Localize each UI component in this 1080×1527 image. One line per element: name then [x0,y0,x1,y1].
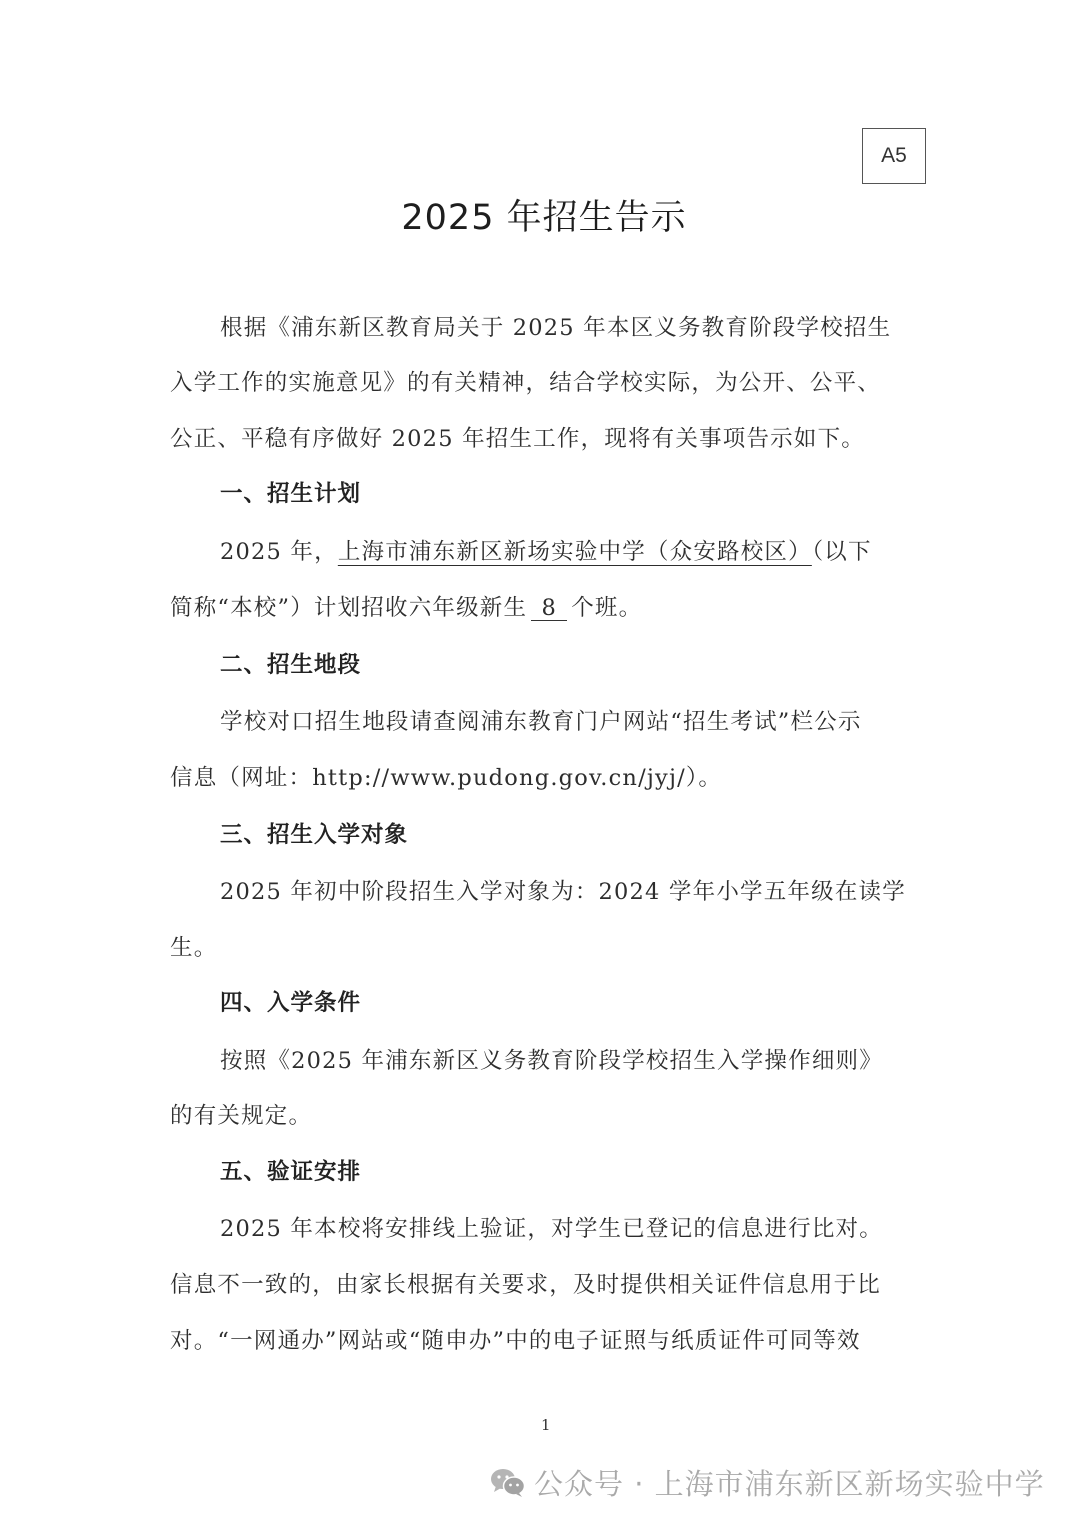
section-heading-2: 二、招生地段 [220,650,361,680]
document-page: A5 2025 年招生告示 根据《浦东新区教育局关于 2025 年本区义务教育阶… [0,0,1080,1527]
document-code-box: A5 [862,128,926,184]
page-number: 1 [541,1416,551,1434]
section-3-line-1: 2025 年初中阶段招生入学对象为：2024 学年小学五年级在读学 [220,877,906,907]
intro-line-3: 公正、平稳有序做好 2025 年招生工作，现将有关事项告示如下。 [170,424,865,454]
section-heading-5: 五、验证安排 [220,1157,361,1187]
section-5-line-1: 2025 年本校将安排线上验证，对学生已登记的信息进行比对。 [220,1214,883,1244]
section-heading-4: 四、入学条件 [220,988,361,1018]
section-5-line-2: 信息不一致的，由家长根据有关要求，及时提供相关证件信息用于比 [170,1270,881,1300]
section-2-line-1: 学校对口招生地段请查阅浦东教育门户网站“招生考试”栏公示 [220,707,862,737]
school-name: 上海市浦东新区新场实验中学（众安路校区） [338,539,812,565]
section-heading-3: 三、招生入学对象 [220,820,408,850]
class-count: 8 [531,596,567,621]
watermark-text: 公众号 · 上海市浦东新区新场实验中学 [534,1462,1045,1503]
section-1-plan-text: 简称“本校”）计划招收六年级新生 [170,595,527,621]
section-1-plan-suffix: 个班。 [571,595,642,621]
section-4-line-2: 的有关规定。 [170,1101,312,1131]
document-code: A5 [881,144,907,168]
section-heading-1: 一、招生计划 [220,479,361,509]
section-3-line-2: 生。 [170,933,217,963]
section-1-line-1: 2025 年，上海市浦东新区新场实验中学（众安路校区）（以下 [220,537,872,567]
section-2-line-2: 信息（网址：http://www.pudong.gov.cn/jyj/）。 [170,763,722,793]
wechat-watermark: 公众号 · 上海市浦东新区新场实验中学 [490,1462,1045,1503]
section-1-year: 2025 年， [220,539,338,565]
section-1-line-2: 简称“本校”）计划招收六年级新生8个班。 [170,593,642,623]
section-1-suffix: （以下 [812,539,872,565]
wechat-icon [490,1468,526,1498]
intro-line-1: 根据《浦东新区教育局关于 2025 年本区义务教育阶段学校招生 [220,313,891,343]
intro-line-2: 入学工作的实施意见》的有关精神，结合学校实际，为公开、公平、 [170,368,881,398]
document-title: 2025 年招生告示 [0,190,1080,240]
section-5-line-3: 对。“一网通办”网站或“随申办”中的电子证照与纸质证件可同等效 [170,1326,861,1356]
section-4-line-1: 按照《2025 年浦东新区义务教育阶段学校招生入学操作细则》 [220,1046,883,1076]
